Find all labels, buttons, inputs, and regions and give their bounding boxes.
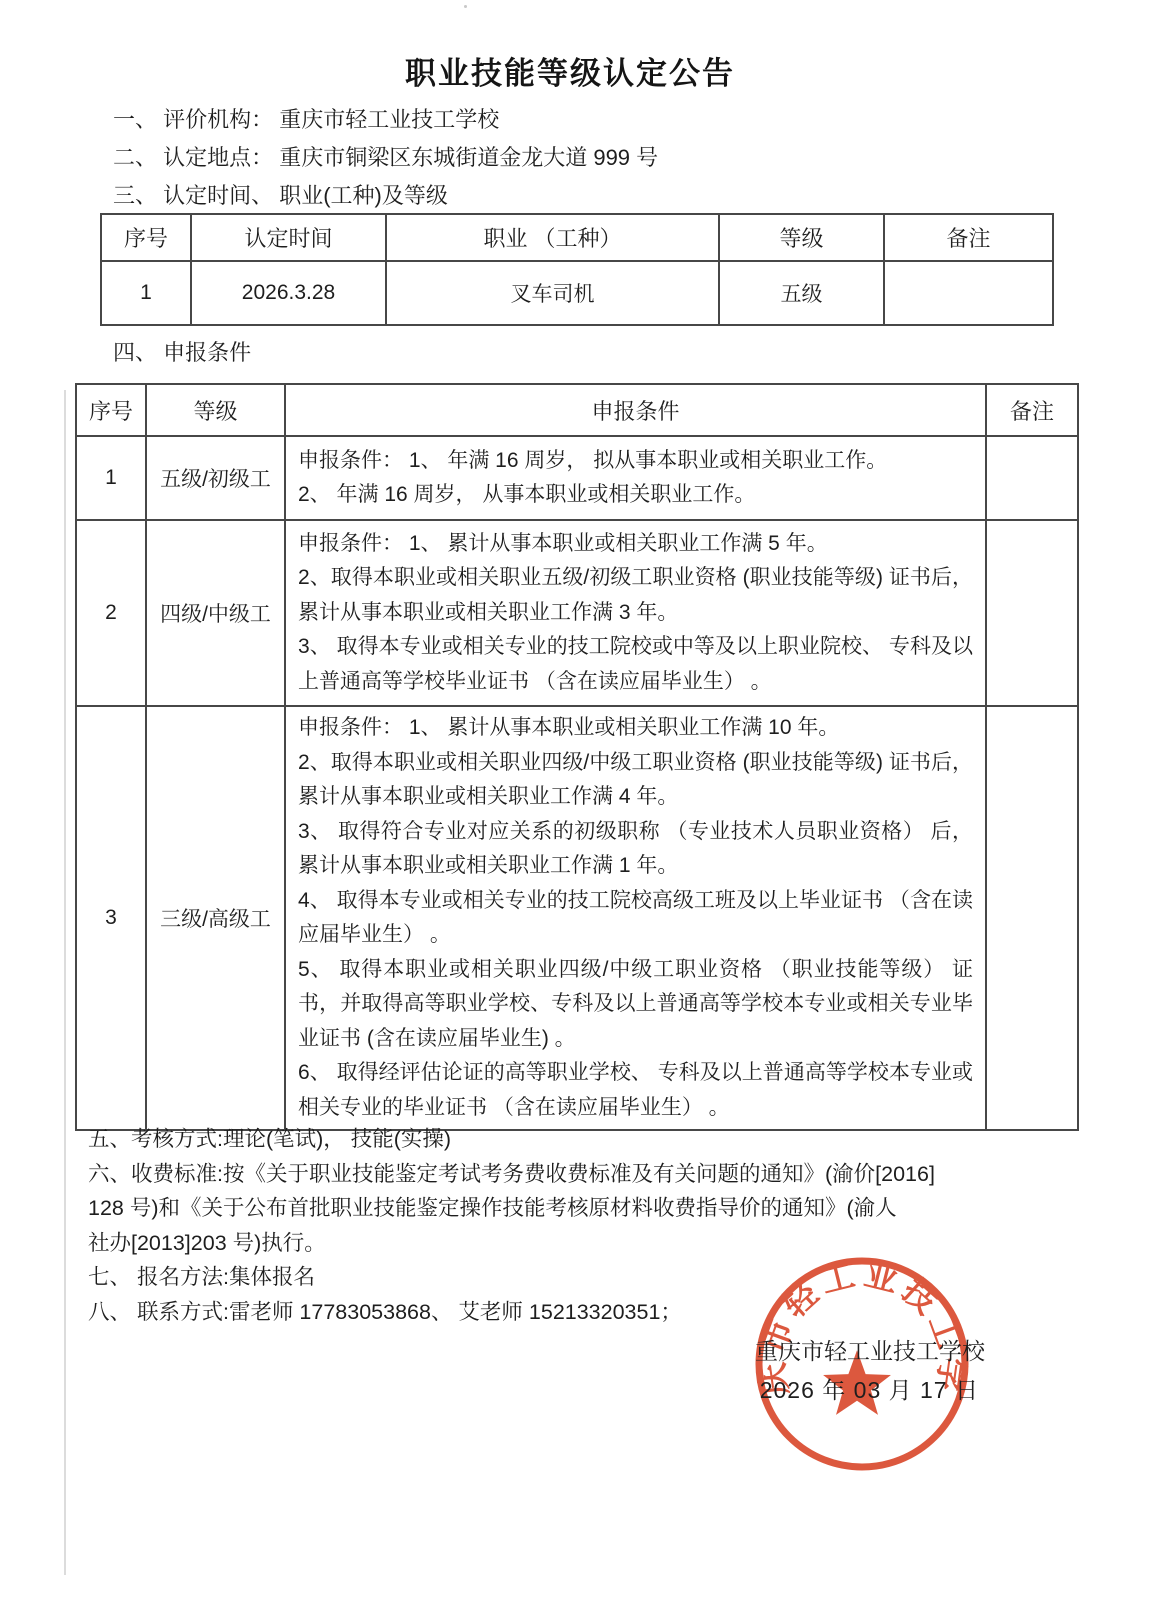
schedule-header-row: 序号 认定时间 职业 （工种） 等级 备注: [101, 214, 1053, 261]
schedule-col-level: 等级: [719, 214, 884, 261]
signature-organization: 重庆市轻工业技工学校: [740, 1333, 985, 1366]
conditions-header-row: 序号 等级 申报条件 备注: [76, 384, 1078, 436]
page-title: 职业技能等级认定公告: [0, 48, 1140, 93]
intro-list: 一、 评价机构： 重庆市轻工业技工学校 二、 认定地点： 重庆市铜梁区东城街道金…: [113, 101, 1113, 215]
row1-note: [986, 436, 1078, 520]
schedule-table: 序号 认定时间 职业 （工种） 等级 备注 1 2026.3.28 叉车司机 五…: [100, 213, 1054, 326]
row2-index: 2: [76, 520, 146, 706]
row3-index: 3: [76, 706, 146, 1130]
row2-note: [986, 520, 1078, 706]
row3-level: 三级/高级工: [146, 706, 285, 1130]
schedule-col-index: 序号: [101, 214, 191, 261]
conditions-col-level: 等级: [146, 384, 285, 436]
intro-item-evaluator: 一、 评价机构： 重庆市轻工业技工学校: [113, 101, 1113, 139]
conditions-row-3: 3 三级/高级工 申报条件： 1、 累计从事本职业或相关职业工作满 10 年。 …: [76, 706, 1078, 1130]
schedule-row: 1 2026.3.28 叉车司机 五级: [101, 261, 1053, 325]
announcement-page: 职业技能等级认定公告 一、 评价机构： 重庆市轻工业技工学校 二、 认定地点： …: [0, 0, 1166, 1600]
signature-date: 2026 年 03 月 17 日: [740, 1372, 979, 1405]
row1-level: 五级/初级工: [146, 436, 285, 520]
schedule-cell-occupation: 叉车司机: [386, 261, 719, 325]
intro-item-schedule: 三、 认定时间、 职业(工种)及等级: [113, 177, 1113, 215]
conditions-col-conditions: 申报条件: [285, 384, 986, 436]
schedule-col-occupation: 职业 （工种）: [386, 214, 719, 261]
conditions-table: 序号 等级 申报条件 备注 1 五级/初级工 申报条件： 1、 年满 16 周岁…: [75, 383, 1079, 1131]
section4-label: 四、 申报条件: [113, 336, 251, 367]
row2-conditions: 申报条件： 1、 累计从事本职业或相关职业工作满 5 年。 2、取得本职业或相关…: [285, 520, 986, 706]
scan-artifact-line: [64, 390, 66, 1575]
row1-index: 1: [76, 436, 146, 520]
conditions-col-note: 备注: [986, 384, 1078, 436]
row1-conditions: 申报条件： 1、 年满 16 周岁， 拟从事本职业或相关职业工作。 2、 年满 …: [285, 436, 986, 520]
scan-artifact-dot: [464, 5, 467, 8]
schedule-cell-note: [884, 261, 1053, 325]
conditions-row-2: 2 四级/中级工 申报条件： 1、 累计从事本职业或相关职业工作满 5 年。 2…: [76, 520, 1078, 706]
footer-item-exam-method: 五、考核方式:理论(笔试)， 技能(实操): [88, 1122, 1098, 1157]
schedule-cell-date: 2026.3.28: [191, 261, 386, 325]
row2-level: 四级/中级工: [146, 520, 285, 706]
conditions-row-1: 1 五级/初级工 申报条件： 1、 年满 16 周岁， 拟从事本职业或相关职业工…: [76, 436, 1078, 520]
conditions-col-index: 序号: [76, 384, 146, 436]
footer-item-fees: 六、收费标准:按《关于职业技能鉴定考试考务费收费标准及有关问题的通知》(渝价[2…: [88, 1157, 1098, 1261]
row3-conditions: 申报条件： 1、 累计从事本职业或相关职业工作满 10 年。 2、取得本职业或相…: [285, 706, 986, 1130]
schedule-col-note: 备注: [884, 214, 1053, 261]
intro-item-location: 二、 认定地点： 重庆市铜梁区东城街道金龙大道 999 号: [113, 139, 1113, 177]
row3-note: [986, 706, 1078, 1130]
schedule-col-date: 认定时间: [191, 214, 386, 261]
schedule-cell-index: 1: [101, 261, 191, 325]
schedule-cell-level: 五级: [719, 261, 884, 325]
